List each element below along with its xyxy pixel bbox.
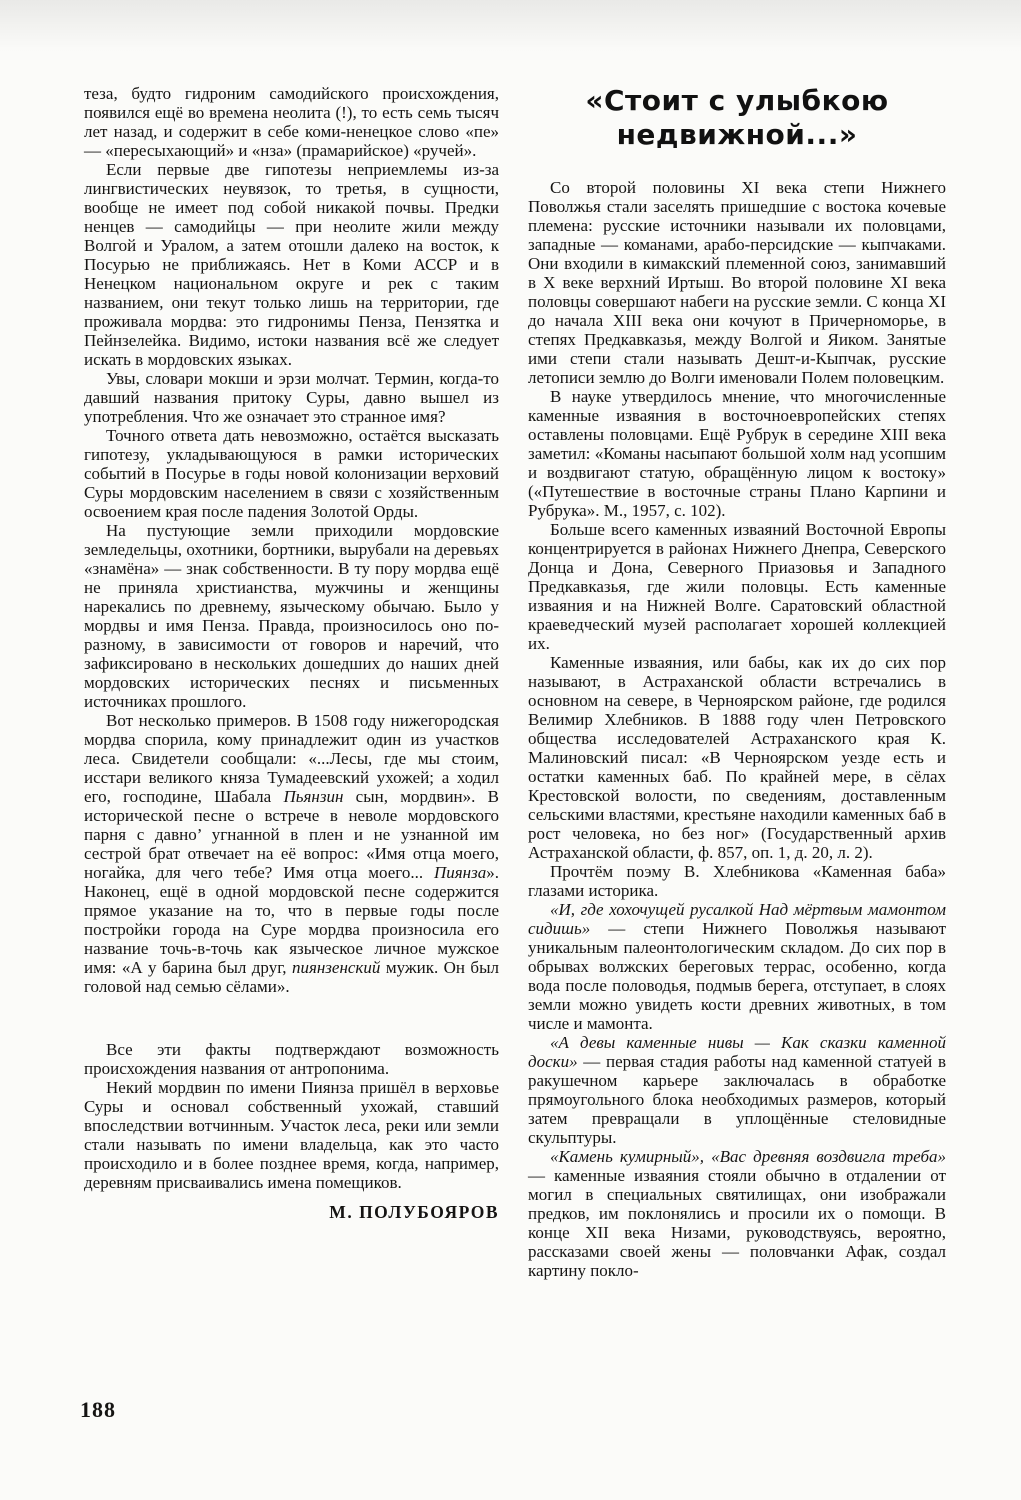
text-run: Каменные изваяния, или бабы, как их до с… (528, 653, 946, 862)
paragraph: На пустующие земли приходили мордовские … (84, 521, 499, 711)
text-run: На пустующие земли приходили мордовские … (84, 521, 499, 711)
paragraph: Точного ответа дать невозможно, остаётся… (84, 426, 499, 521)
paragraph: Прочтём поэму В. Хлебникова «Каменная ба… (528, 862, 946, 900)
left-column-text: теза, будто гидроним самодийского происх… (84, 84, 499, 1192)
text-run: Со второй половины XI века степи Нижнего… (528, 178, 946, 387)
text-run: Увы, словари мокши и эрзи молчат. Термин… (84, 369, 499, 426)
text-run: В науке утвердилось мнение, что многочис… (528, 387, 946, 520)
paragraph: Каменные изваяния, или бабы, как их до с… (528, 653, 946, 862)
italic-text-run: Пьянзин (283, 787, 343, 806)
paragraph: В науке утвердилось мнение, что многочис… (528, 387, 946, 520)
right-column-text: Со второй половины XI века степи Нижнего… (528, 178, 946, 1280)
paragraph: Вот несколько примеров. В 1508 году ниже… (84, 711, 499, 996)
paragraph: «А девы каменные нивы — Как сказки камен… (528, 1033, 946, 1147)
paragraph: Все эти факты подтверждают возможность п… (84, 1040, 499, 1078)
text-run: — первая стадия работы над каменной стат… (528, 1052, 946, 1147)
italic-text-run: Пиянза (434, 863, 486, 882)
text-run: Все эти факты подтверждают возможность п… (84, 1040, 499, 1078)
italic-text-run: «Камень кумирный», «Вас древняя воздвигл… (550, 1147, 946, 1166)
paragraph: Увы, словари мокши и эрзи молчат. Термин… (84, 369, 499, 426)
page-number: 188 (80, 1397, 116, 1423)
text-run: Точного ответа дать невозможно, остаётся… (84, 426, 499, 521)
paragraph: Со второй половины XI века степи Нижнего… (528, 178, 946, 387)
paragraph: Если первые две гипотезы неприемлемы из-… (84, 160, 499, 369)
article-title: «Стоит с улыбкою недвижной...» (534, 84, 940, 152)
text-run: — степи Нижнего Поволжья называют уникал… (528, 919, 946, 1033)
paragraph: «Камень кумирный», «Вас древняя воздвигл… (528, 1147, 946, 1280)
right-column: «Стоит с улыбкою недвижной...» Со второй… (528, 84, 946, 1280)
text-run: Некий мордвин по имени Пиянза пришёл в в… (84, 1078, 499, 1192)
left-column: теза, будто гидроним самодийского происх… (84, 84, 499, 1223)
italic-text-run: пиянзенский (292, 958, 380, 977)
paragraph: Больше всего каменных изваяний Восточной… (528, 520, 946, 653)
text-run: теза, будто гидроним самодийского происх… (84, 84, 499, 160)
paragraph: Некий мордвин по имени Пиянза пришёл в в… (84, 1078, 499, 1192)
text-run: Больше всего каменных изваяний Восточной… (528, 520, 946, 653)
paragraph: «И, где хохочущей русалкой Над мёртвым м… (528, 900, 946, 1033)
text-run: Если первые две гипотезы неприемлемы из-… (84, 160, 499, 369)
text-run: Прочтём поэму В. Хлебникова «Каменная ба… (528, 862, 946, 900)
author-signature: М. ПОЛУБОЯРОВ (84, 1202, 499, 1223)
scan-top-shading (0, 0, 1021, 52)
text-run: — каменные изваяния стояли обычно в отда… (528, 1166, 946, 1280)
paragraph: теза, будто гидроним самодийского происх… (84, 84, 499, 160)
